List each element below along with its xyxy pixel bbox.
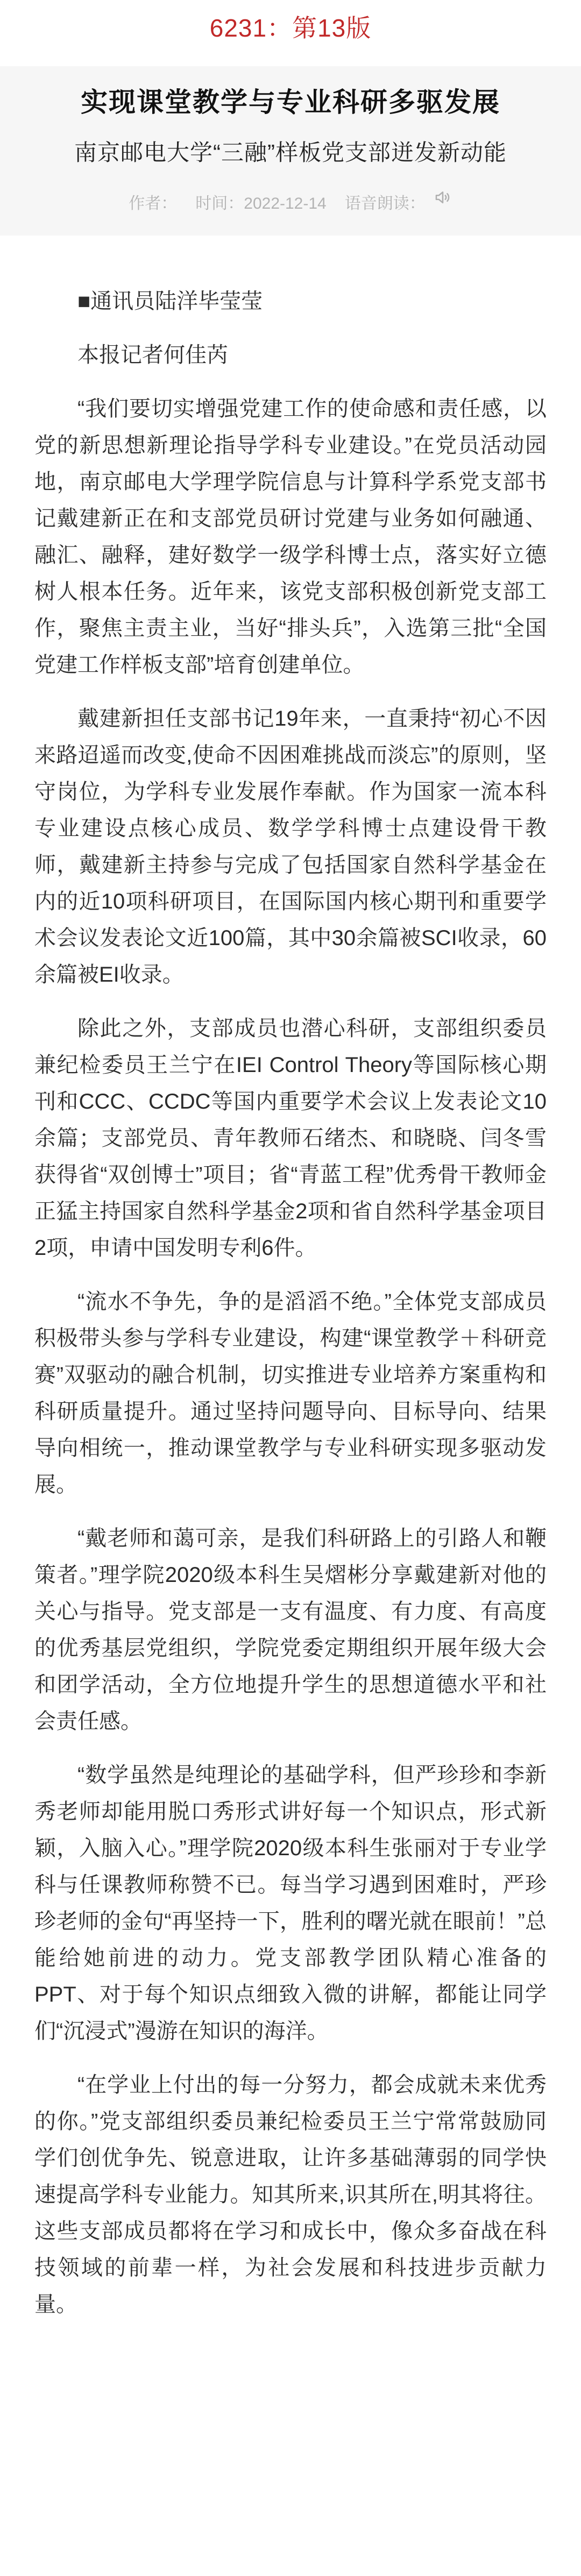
article-paragraph: “数学虽然是纯理论的基础学科，但严珍珍和李新秀老师却能用脱口秀形式讲好每一个知识… xyxy=(34,1757,547,2049)
article-meta: 作者： 时间：2022-12-14 语音朗读： xyxy=(22,190,559,214)
article-header: 实现课堂教学与专业科研多驱发展 南京邮电大学“三融”样板党支部迸发新动能 作者：… xyxy=(0,66,581,236)
page-edition-bar: 6231：第13版 xyxy=(0,0,581,66)
page-edition-link[interactable]: 6231：第13版 xyxy=(210,14,372,42)
time-label: 时间： xyxy=(195,195,244,212)
article-paragraph: ■通讯员陆洋毕莹莹 xyxy=(34,283,547,320)
article-paragraph: “流水不争先，争的是滔滔不绝。”全体党支部成员积极带头参与学科专业建设，构建“课… xyxy=(34,1283,547,1503)
tts-button[interactable]: 语音朗读： xyxy=(345,190,452,214)
article-title: 实现课堂教学与专业科研多驱发展 xyxy=(22,84,559,120)
time-value: 2022-12-14 xyxy=(244,195,326,212)
article-paragraph: “戴老师和蔼可亲，是我们科研路上的引路人和鞭策者。”理学院2020级本科生吴熠彬… xyxy=(34,1520,547,1740)
time-field: 时间：2022-12-14 xyxy=(195,190,326,214)
article-paragraph: 戴建新担任支部书记19年来，一直秉持“初心不因来路迢遥而改变,使命不因困难挑战而… xyxy=(34,700,547,993)
speaker-icon[interactable] xyxy=(433,188,452,211)
article-paragraph: 本报记者何佳芮 xyxy=(34,337,547,373)
article-body: ■通讯员陆洋毕莹莹本报记者何佳芮“我们要切实增强党建工作的使命感和责任感，以党的… xyxy=(34,283,547,2323)
article-paragraph: 除此之外，支部成员也潜心科研，支部组织委员兼纪检委员王兰宁在IEI Contro… xyxy=(34,1010,547,1266)
author-label: 作者： xyxy=(129,190,177,214)
tts-label: 语音朗读： xyxy=(345,190,426,214)
article-paragraph: “在学业上付出的每一分努力，都会成就未来优秀的你。”党支部组织委员兼纪检委员王兰… xyxy=(34,2067,547,2323)
article-paragraph: “我们要切实增强党建工作的使命感和责任感，以党的新思想新理论指导学科专业建设。”… xyxy=(34,391,547,683)
article-subtitle: 南京邮电大学“三融”样板党支部迸发新动能 xyxy=(22,139,559,166)
